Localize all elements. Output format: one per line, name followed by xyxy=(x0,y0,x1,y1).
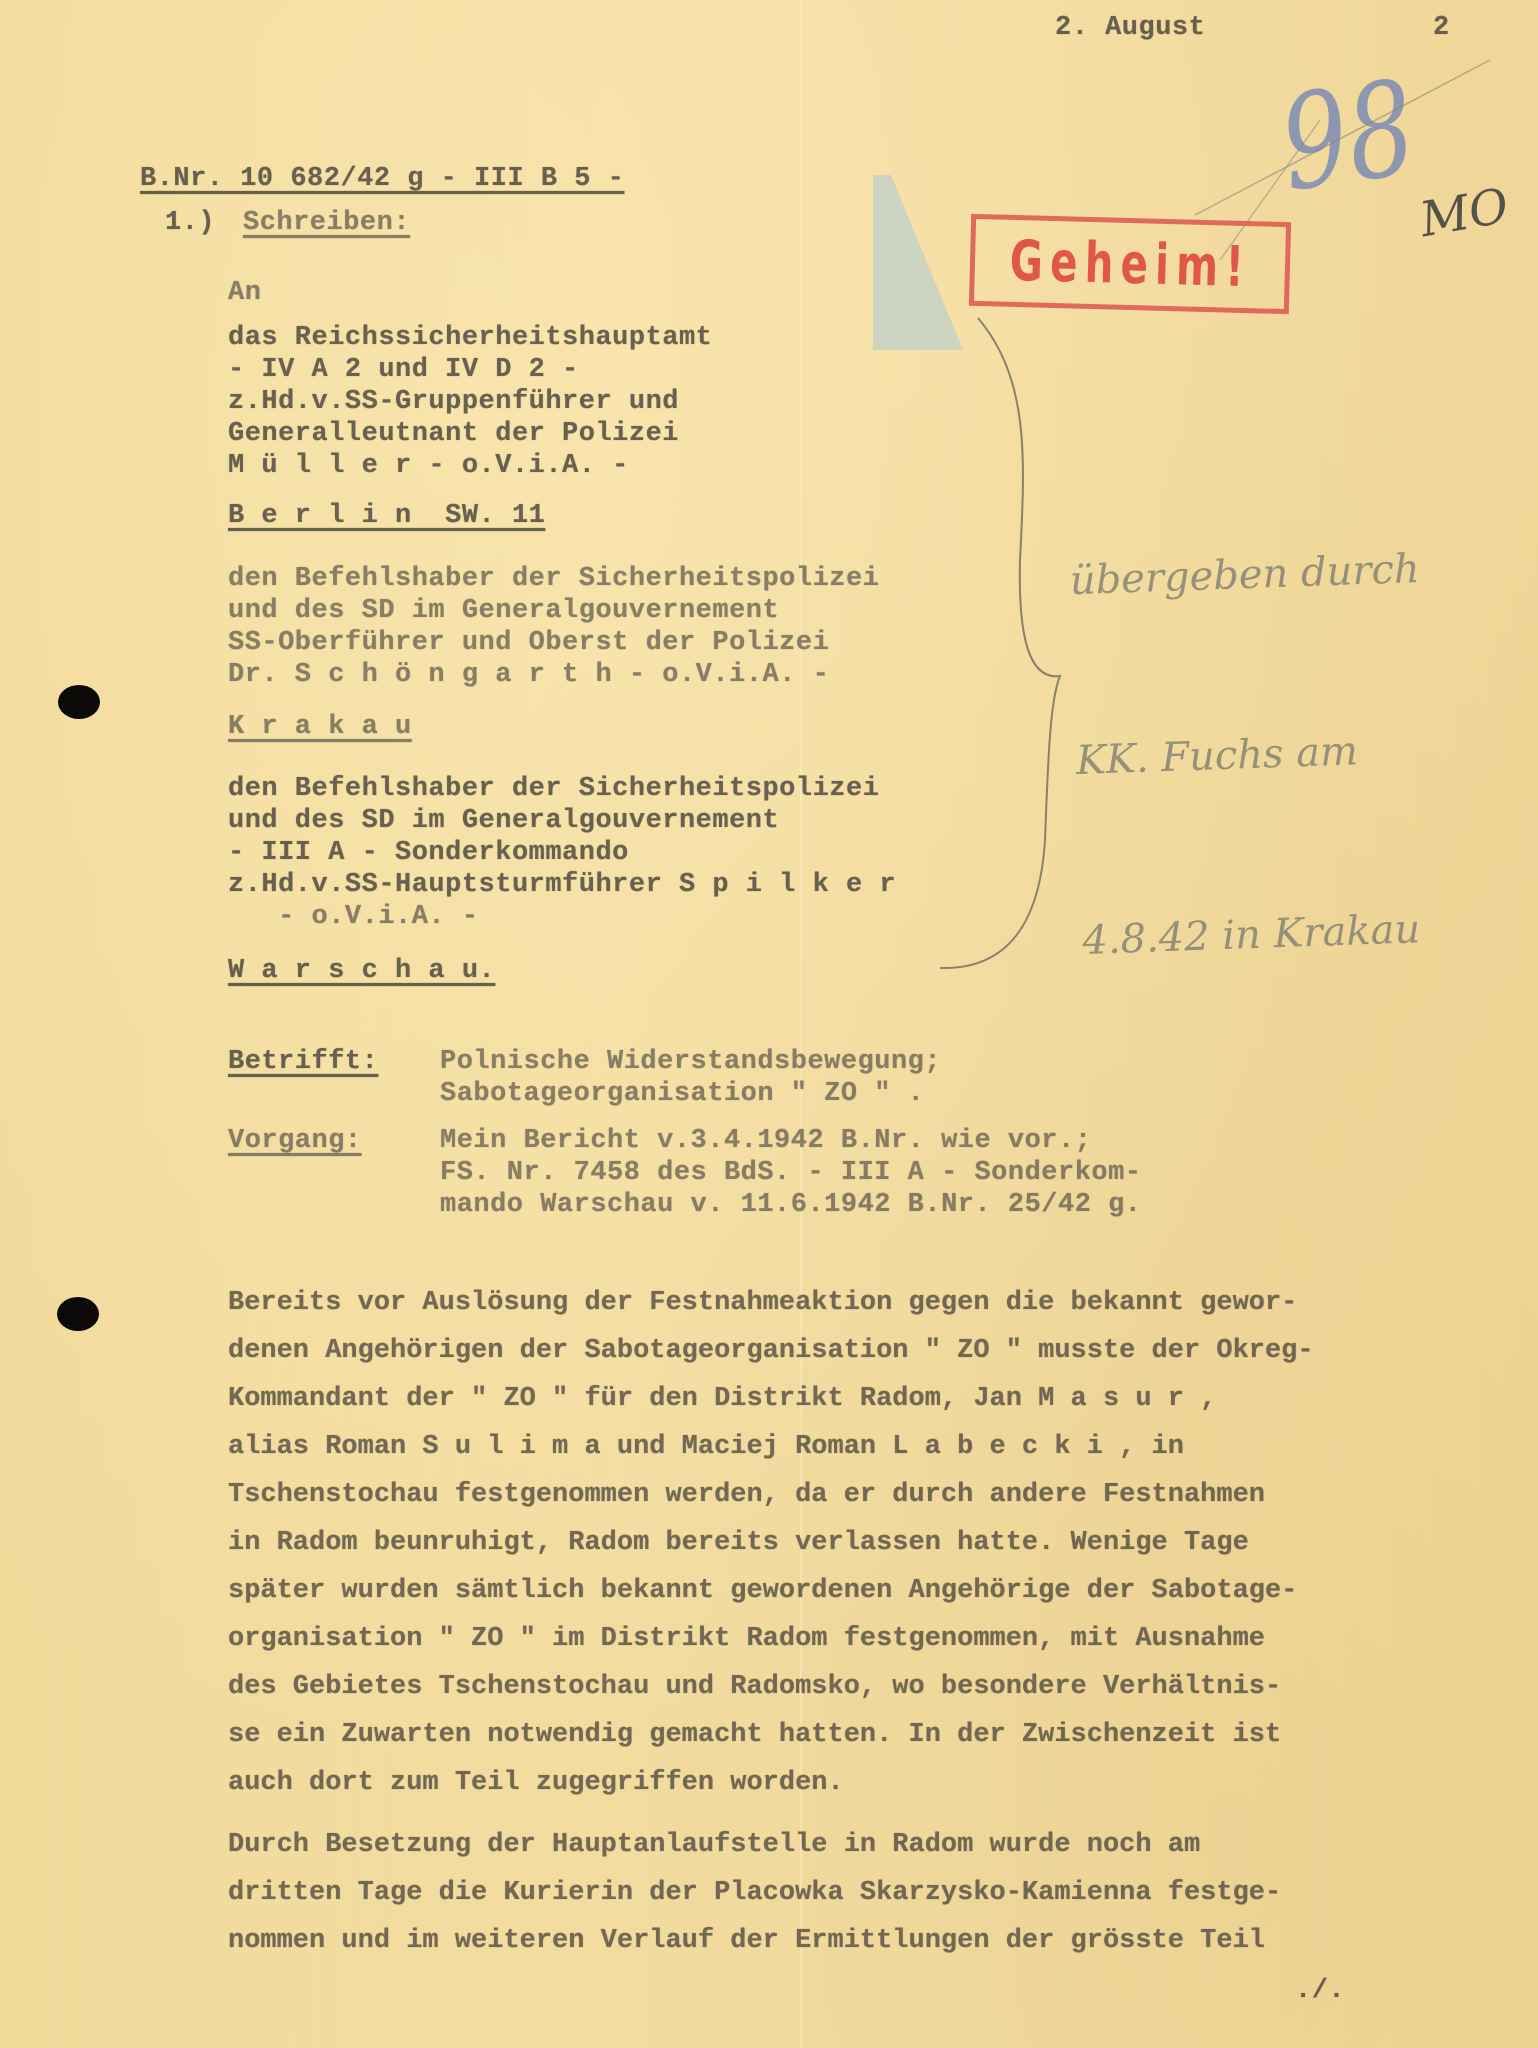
continuation-mark: ./. xyxy=(1295,1975,1345,2007)
reference-line: mando Warschau v. 11.6.1942 B.Nr. 25/42 … xyxy=(440,1189,1142,1221)
subject-line: Polnische Widerstandsbewegung; xyxy=(440,1046,941,1078)
subject-label: Betrifft: xyxy=(228,1046,378,1078)
reference-label: Vorgang: xyxy=(228,1125,362,1157)
body-paragraph: Durch Besetzung der Hauptanlaufstelle in… xyxy=(228,1821,1488,1965)
reference-line: Mein Bericht v.3.4.1942 B.Nr. wie vor.; xyxy=(440,1125,1091,1157)
subject-line: Sabotageorganisation " ZO " . xyxy=(440,1078,924,1110)
body-paragraph: Bereits vor Auslösung der Festnahmeaktio… xyxy=(228,1279,1488,1807)
reference-line: FS. Nr. 7458 des BdS. - III A - Sonderko… xyxy=(440,1157,1142,1189)
letter-body: Bereits vor Auslösung der Festnahmeaktio… xyxy=(228,1279,1488,1979)
